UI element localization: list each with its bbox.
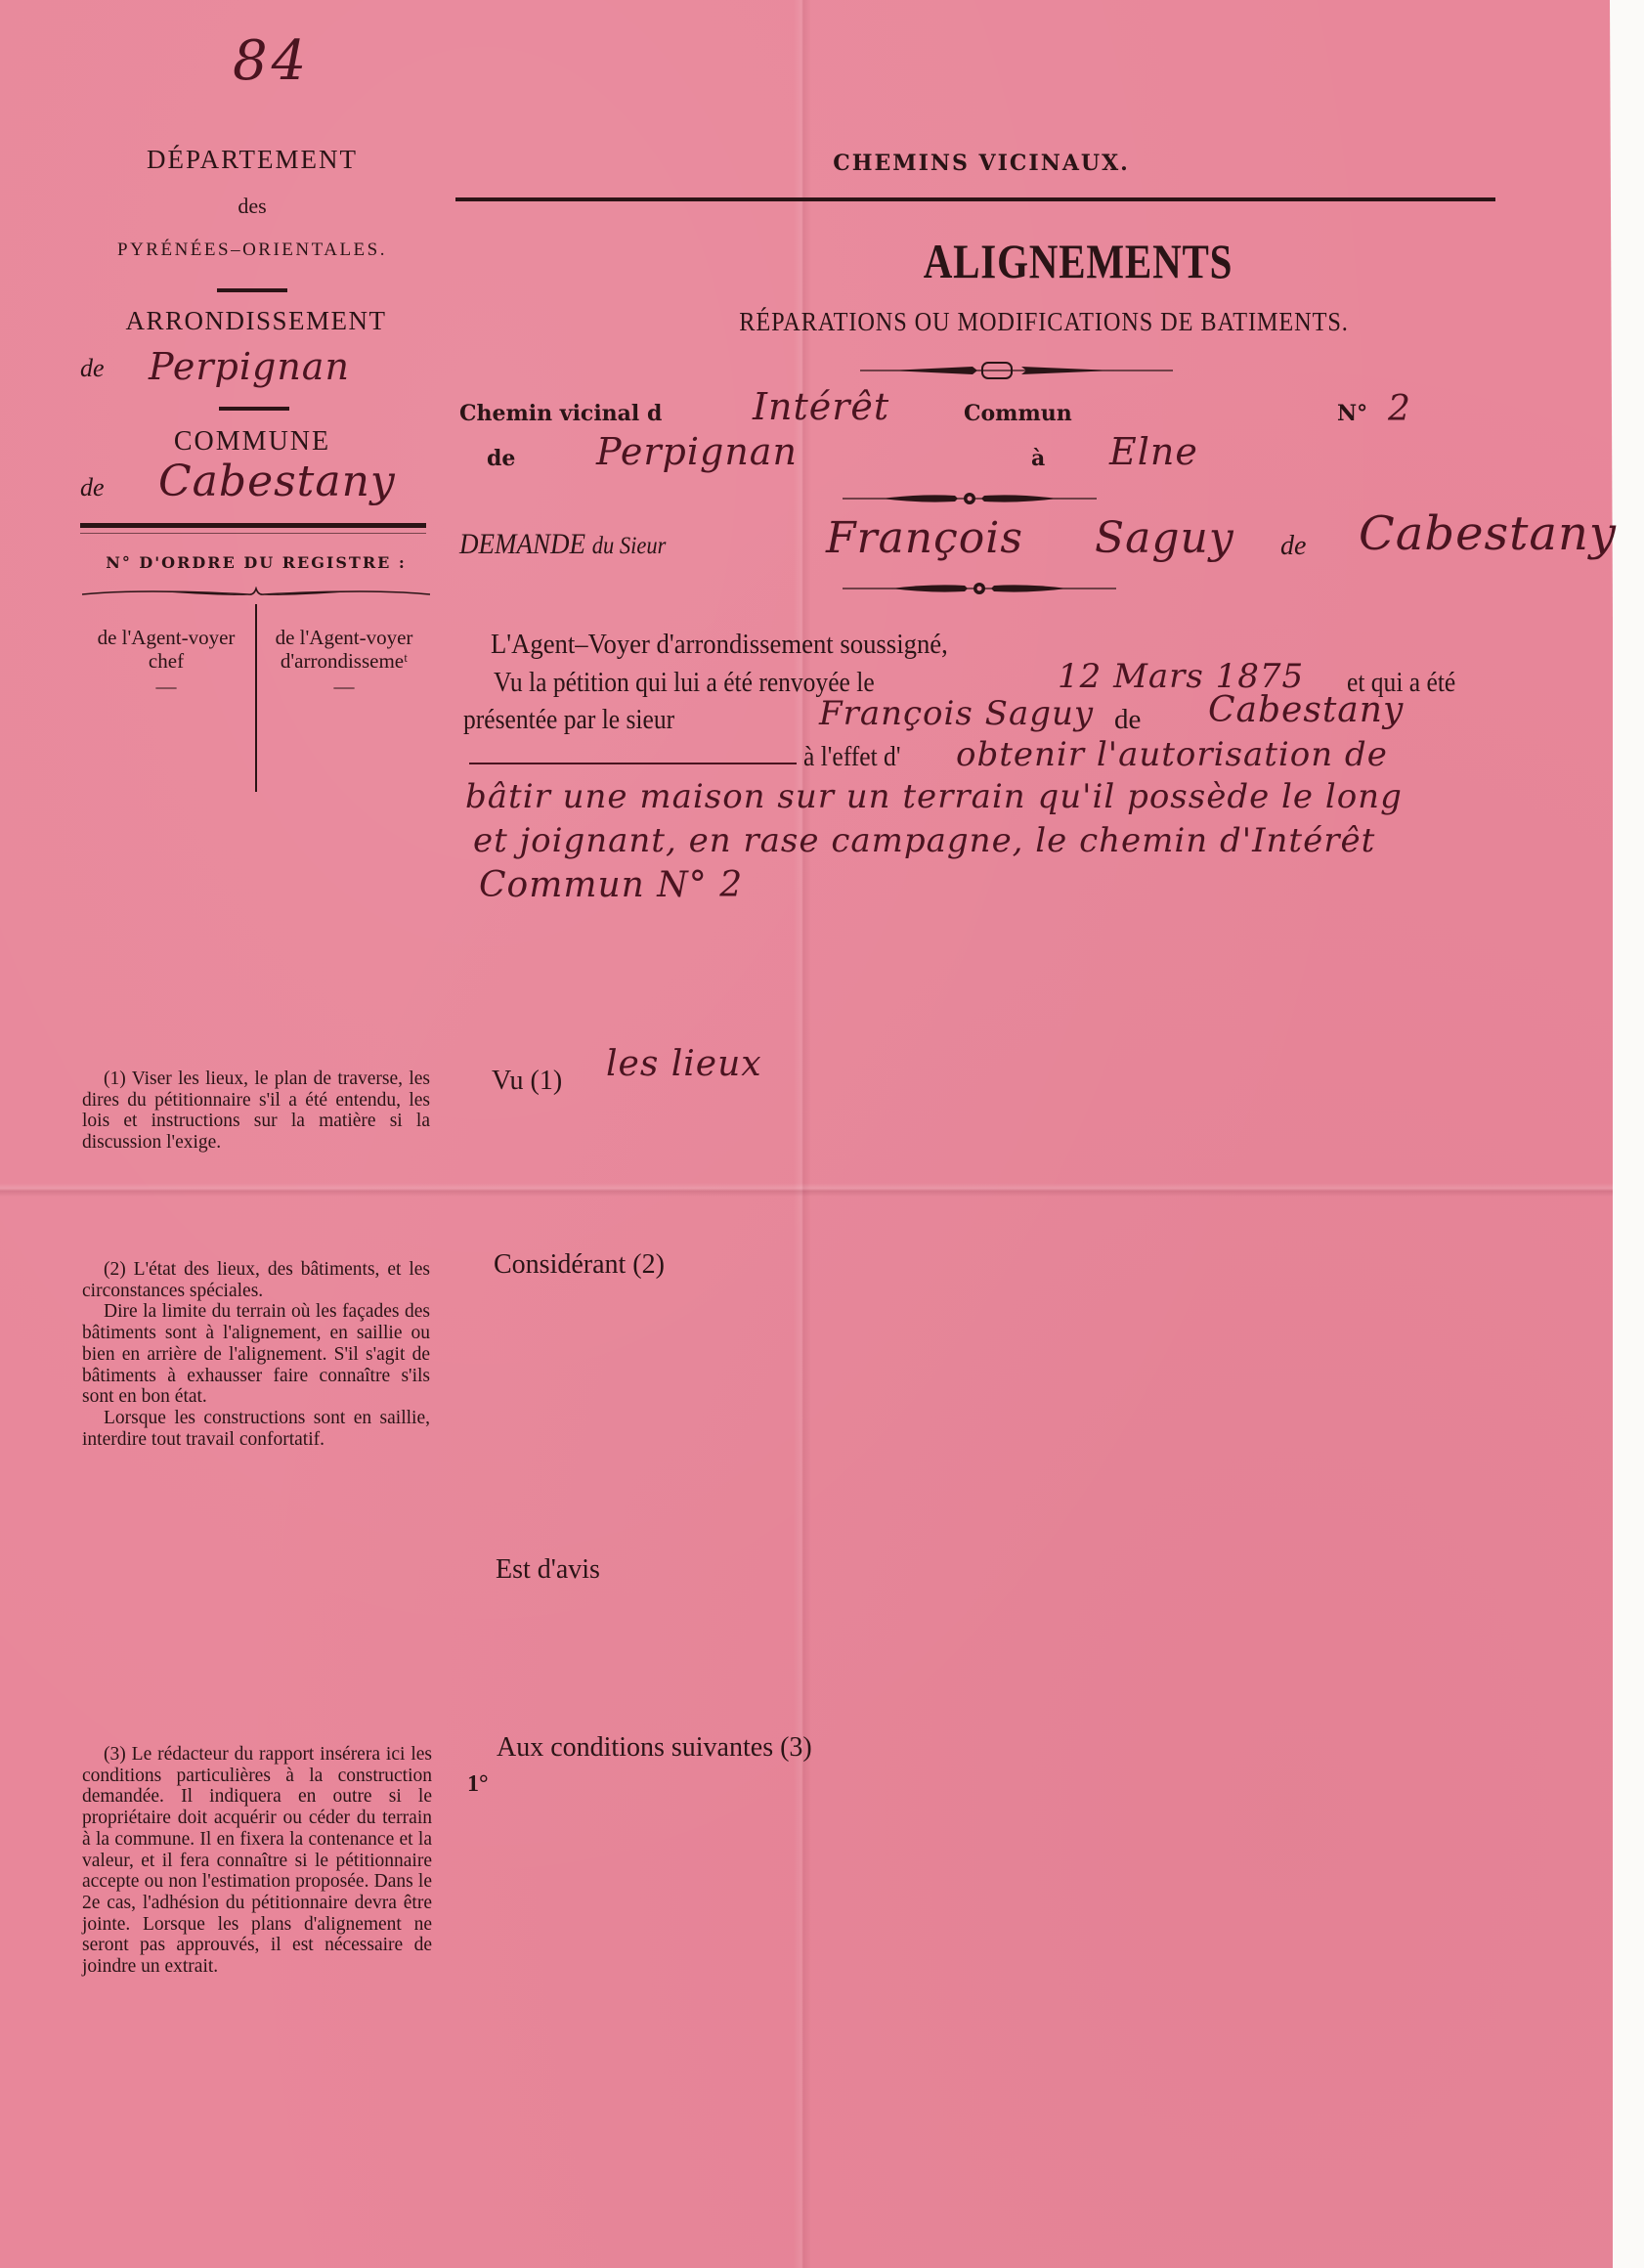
vertical-fold-crease [794, 0, 811, 2268]
divider [219, 407, 289, 411]
avis-label: Est d'avis [496, 1554, 600, 1586]
request-detail-line3: Commun N° 2 [479, 865, 743, 905]
registre-label: N° D'ORDRE DU REGISTRE : [106, 553, 407, 572]
page-title: ALIGNEMENTS [924, 233, 1233, 289]
request-detail-line2: et joignant, en rase campagne, le chemin… [473, 821, 1375, 860]
col-chef-line2: chef [98, 649, 236, 673]
demande-last-name: Saguy [1095, 513, 1234, 563]
demande-de: de [1280, 531, 1306, 562]
numero-value: 2 [1388, 389, 1411, 429]
considerant-label: Considérant (2) [494, 1249, 665, 1281]
footnote-2-para2: Dire la limite du terrain où les façades… [82, 1301, 430, 1408]
thin-divider [80, 533, 426, 534]
demande-label: DEMANDE du Sieur [459, 528, 666, 561]
body-line3-prefix: présentée par le sieur [463, 704, 674, 736]
commun-label: Commun [964, 401, 1072, 426]
col-arr-line1: de l'Agent-voyer [276, 626, 413, 649]
col-arr-line2: d'arrondissemeᵗ [276, 649, 413, 673]
footnote-1: (1) Viser les lieux, le plan de traverse… [82, 1069, 430, 1154]
arrondissement-prefix: de [80, 354, 105, 383]
chemin-value: Intérêt [753, 385, 889, 428]
registre-col-chef: de l'Agent-voyer chef — [98, 626, 236, 698]
thick-divider [80, 523, 426, 528]
a-value: Elne [1109, 430, 1198, 473]
commune-prefix: de [80, 473, 105, 502]
brace-ornament [82, 587, 430, 606]
horizontal-fold-crease [0, 1183, 1613, 1197]
pen-ornament [860, 360, 1173, 381]
chemin-label: Chemin vicinal d [459, 401, 662, 426]
registre-col-arrondissement: de l'Agent-voyer d'arrondissemeᵗ — [276, 626, 413, 698]
footnote-2: (2) L'état des lieux, des bâtiments, et … [82, 1259, 430, 1450]
col-arr-dash: — [276, 675, 413, 698]
conditions-label: Aux conditions suivantes (3) [497, 1732, 812, 1764]
col-chef-dash: — [98, 675, 236, 698]
section-title: CHEMINS VICINAUX. [833, 151, 1130, 176]
commune-label: COMMUNE [174, 426, 330, 458]
footnote-3: (3) Le rédacteur du rapport insérera ici… [82, 1744, 432, 1978]
departement-name: PYRÉNÉES–ORIENTALES. [117, 240, 387, 261]
bead-ornament [843, 581, 1116, 596]
body-line4-prefix: à l'effet d' [803, 741, 900, 773]
a-label: à [1031, 446, 1045, 471]
footnote-3-text: (3) Le rédacteur du rapport insérera ici… [82, 1744, 432, 1978]
de-label: de [487, 446, 515, 471]
commune-value: Cabestany [158, 457, 396, 506]
request-purpose: obtenir l'autorisation de [956, 735, 1388, 774]
departement-des: des [238, 194, 266, 219]
request-detail-line1: bâtir une maison sur un terrain qu'il po… [465, 777, 1403, 816]
vu-value: les lieux [606, 1044, 762, 1084]
header-rule [455, 197, 1495, 201]
blank-line [469, 763, 797, 764]
body-line2-prefix: Vu la pétition qui lui a été renvoyée le [494, 667, 875, 699]
column-divider [255, 604, 257, 792]
bead-ornament [843, 491, 1097, 506]
folio-number: 84 [233, 29, 310, 93]
arrondissement-label: ARRONDISSEMENT [125, 306, 386, 336]
demande-place: Cabestany [1359, 506, 1617, 561]
footnote-1-text: (1) Viser les lieux, le plan de traverse… [82, 1069, 430, 1154]
arrondissement-value: Perpignan [149, 345, 350, 388]
page-subtitle: RÉPARATIONS OU MODIFICATIONS DE BATIMENT… [739, 307, 1349, 337]
footnote-2-para3: Lorsque les constructions sont en sailli… [82, 1408, 430, 1450]
petitioner-name: François Saguy [819, 694, 1094, 733]
footnote-2-para1: (2) L'état des lieux, des bâtiments, et … [82, 1259, 430, 1301]
first-condition-number: 1° [467, 1771, 489, 1798]
vu-label: Vu (1) [492, 1066, 562, 1097]
de-value: Perpignan [596, 430, 798, 473]
body-intro: L'Agent–Voyer d'arrondissement soussigné… [491, 629, 948, 661]
body-line3-de: de [1114, 704, 1141, 736]
numero-label: N° [1337, 401, 1367, 426]
divider [217, 288, 287, 292]
demande-caps: DEMANDE [459, 528, 585, 560]
demande-rest: du Sieur [592, 533, 667, 559]
col-chef-line1: de l'Agent-voyer [98, 626, 236, 649]
petitioner-place: Cabestany [1208, 690, 1404, 730]
demande-first-name: François [826, 513, 1023, 563]
departement-label: DÉPARTEMENT [147, 145, 358, 175]
